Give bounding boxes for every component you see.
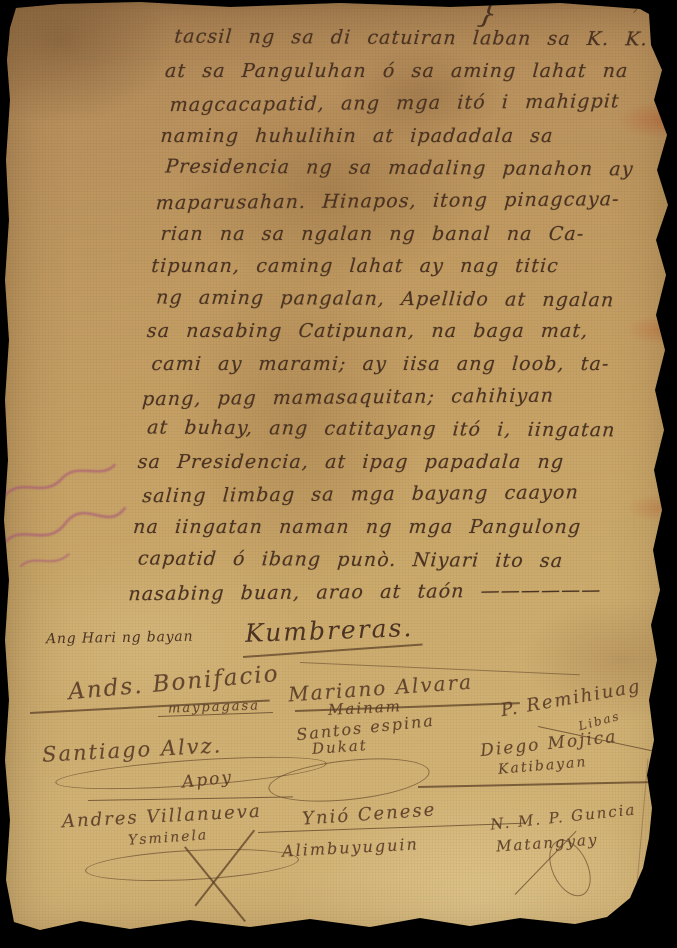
body-line: nasabing buan, arao at taón —————— (127, 574, 634, 611)
signature-name: P. Remihiuag (499, 676, 643, 721)
paper-crease (633, 758, 649, 929)
body-line: cami ay marami; ay iisa ang loob, ta- (150, 348, 650, 381)
body-line: rian na sa ngalan ng banal na Ca- (160, 218, 660, 251)
scan-background: 7 } tacsil ng sa di catuiran laban sa K.… (0, 0, 677, 948)
body-line: at buhay, ang catitayang itó i, iingatan (146, 412, 646, 448)
ink-bleed-ghost (0, 443, 142, 591)
signature-alias: Ysminela (128, 827, 209, 849)
page-number-mark: 7 (631, 1, 642, 17)
flourish-stroke (88, 796, 293, 801)
body-line: na iingatan naman ng mga Pangulong (132, 511, 639, 544)
closing-label: Ang Hari ng bayan (46, 629, 194, 648)
body-text: tacsil ng sa di catuiran laban sa K. K. … (127, 22, 673, 609)
signature-name: Diego Mojica (479, 727, 618, 761)
signature-name: Andres Villanueva (62, 801, 263, 832)
flourish-stroke (258, 823, 526, 833)
body-line: magcacapatid, ang mga itó i mahigpit (169, 85, 669, 122)
signature-alias: Dukat (311, 736, 368, 758)
body-line: sa Presidencia, at ipag papadala ng (137, 446, 644, 479)
body-line: ng aming pangalan, Apellido at ngalan (155, 281, 655, 317)
document-page: 7 } tacsil ng sa di catuiran laban sa K.… (0, 0, 677, 948)
body-line: capatid ó ibang punò. Niyari ito sa (137, 542, 637, 578)
body-line: maparusahan. Hinapos, itong pinagcaya- (155, 183, 662, 220)
signature-name: N. M. P. Guncia (489, 800, 637, 833)
flourish-stroke (418, 781, 666, 788)
body-line: tacsil ng sa di catuiran laban sa K. K. … (173, 20, 673, 56)
body-line: pang, pag mamasaquitan; cahihiyan (141, 378, 648, 415)
signature-name: Ynió Cenese (301, 799, 436, 829)
closing-signature: Kumbreras. (245, 613, 414, 648)
body-line: Presidencia ng sa madaling panahon ay (164, 151, 664, 187)
body-line: sa nasabing Catipunan, na baga mat, (146, 315, 653, 348)
body-line: naming huhulihin at ipadadala sa (159, 120, 666, 153)
signature-alias: Alimbuyuguin (282, 834, 420, 860)
body-line: tipunan, caming lahat ay nag titic (150, 250, 657, 283)
flourish-loop (84, 844, 299, 885)
signature-alias: Matangyay (495, 830, 598, 855)
body-line: saling limbag sa mga bayang caayon (141, 476, 641, 513)
body-line: at sa Panguluhan ó sa aming lahat na (164, 55, 671, 88)
